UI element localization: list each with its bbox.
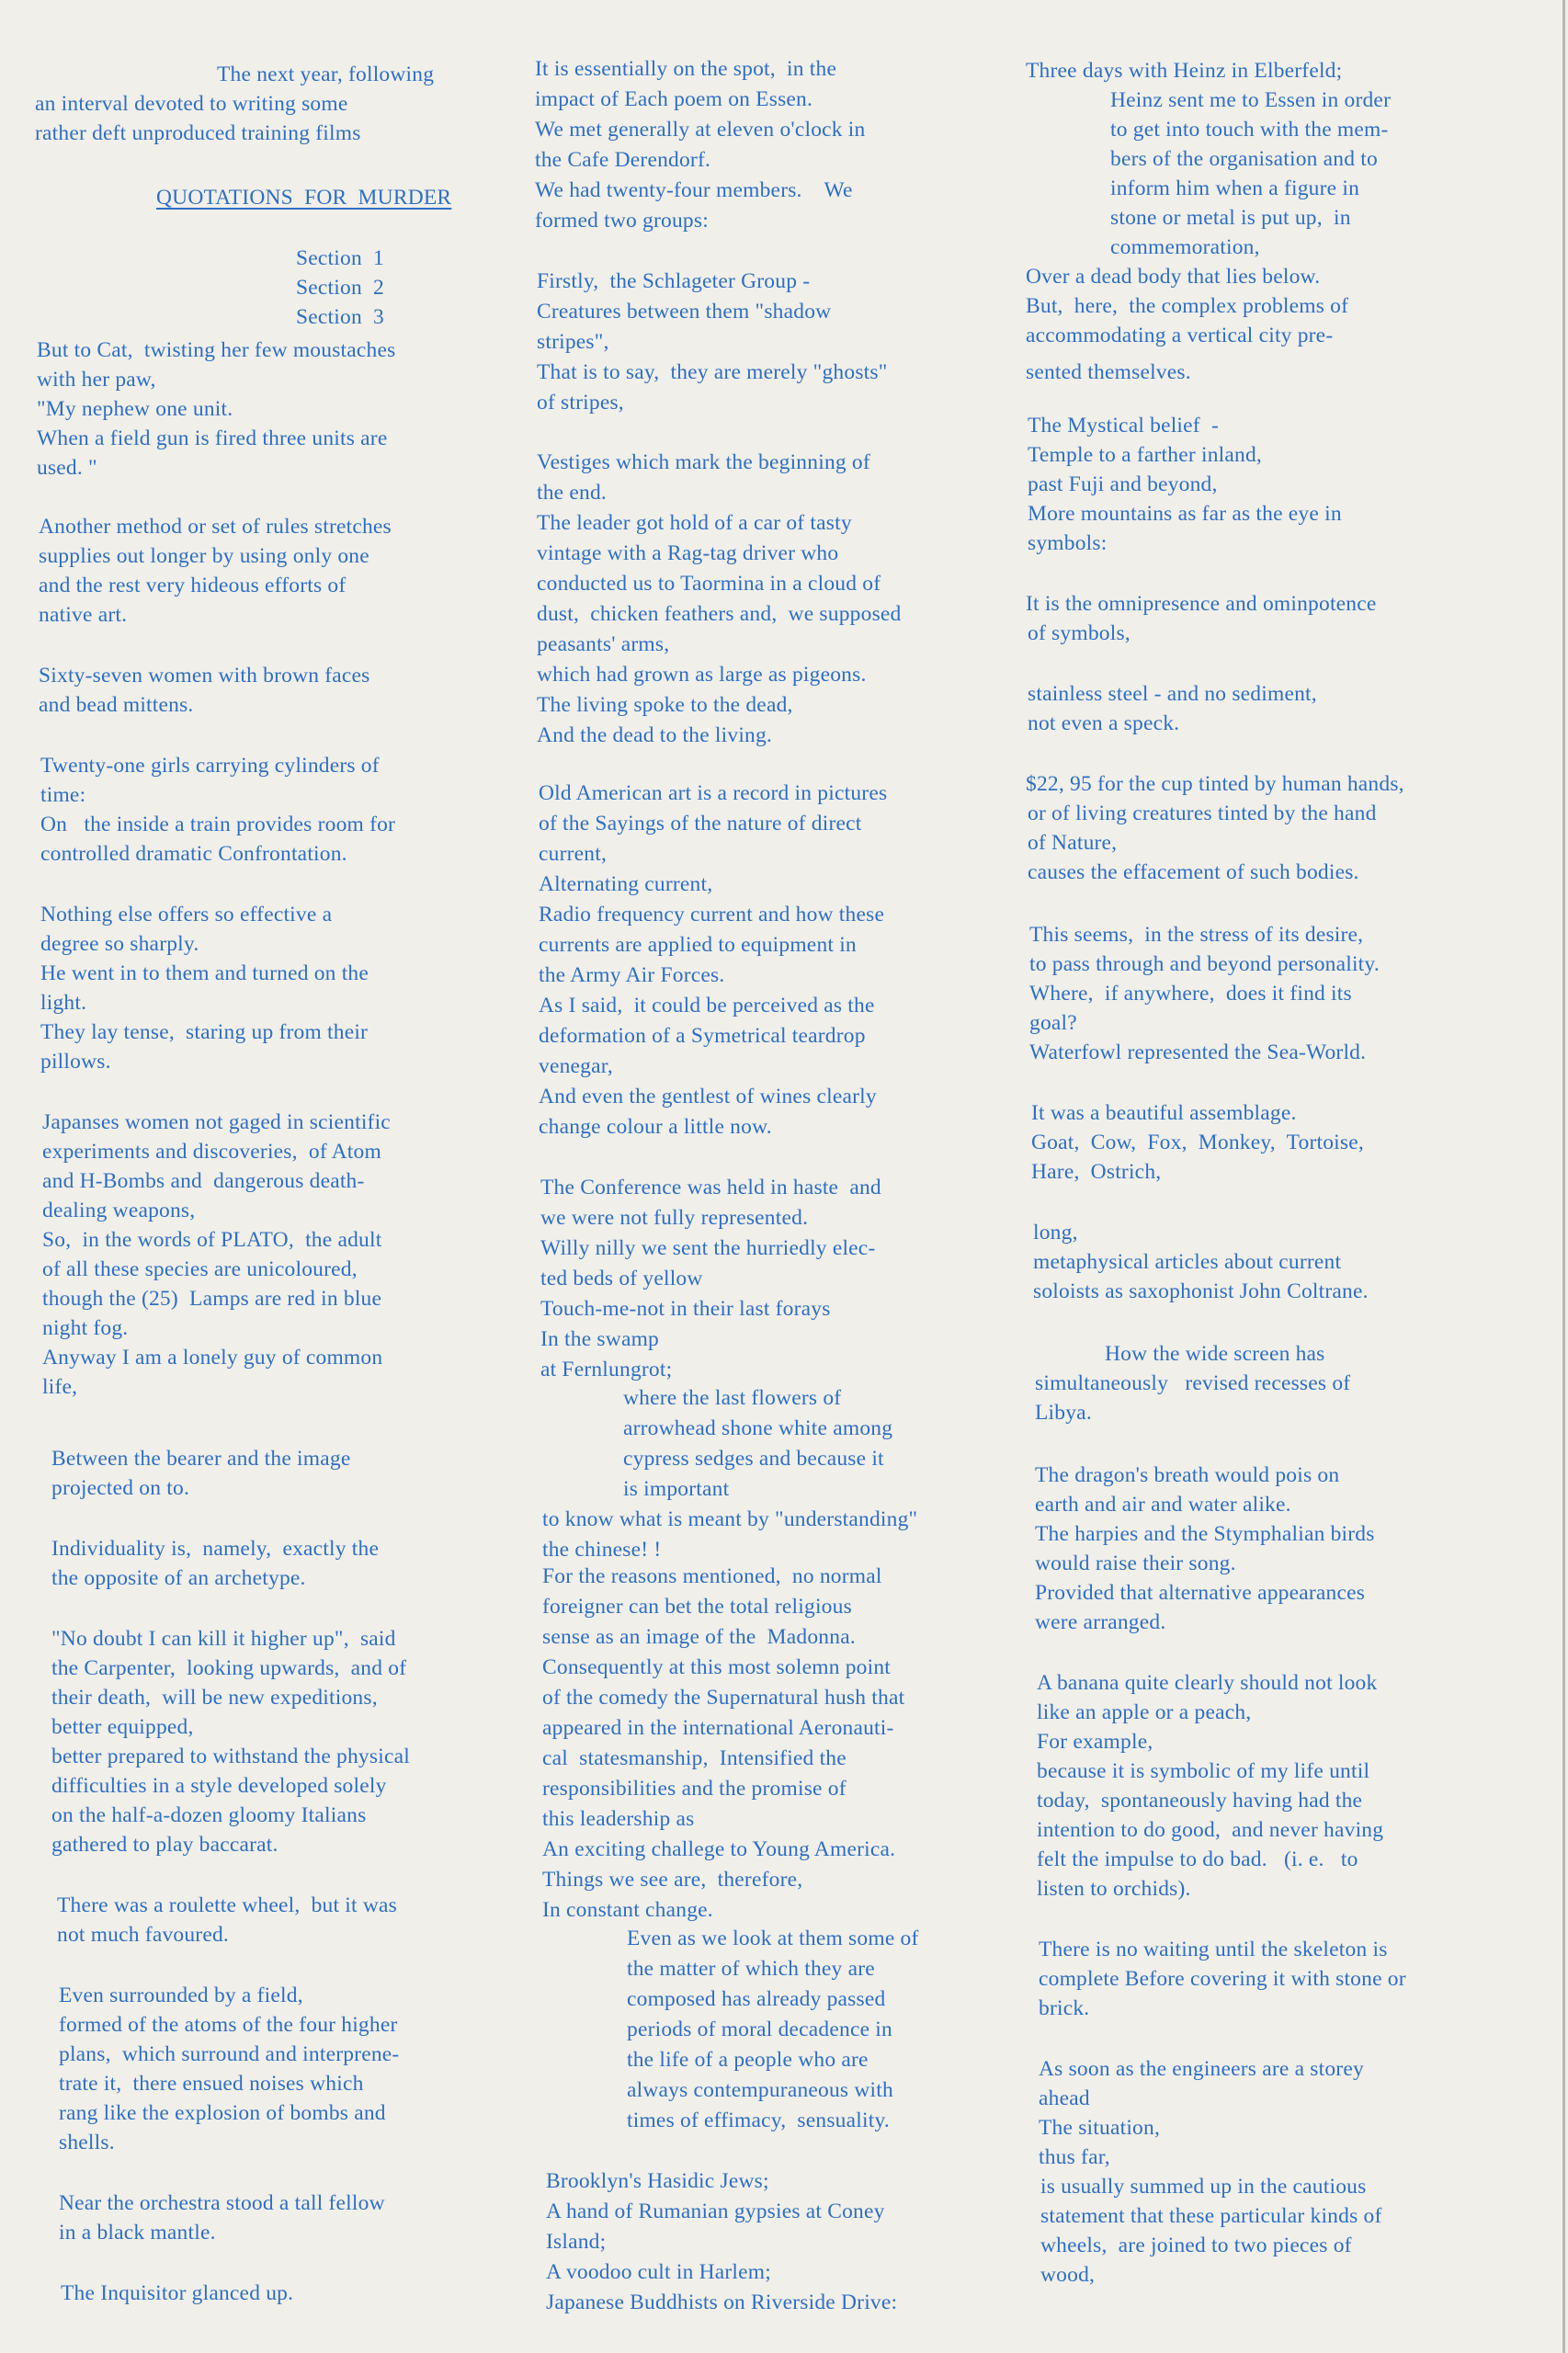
text-line: supplies out longer by using only one bbox=[39, 542, 369, 570]
text-line: A hand of Rumanian gypsies at Coney bbox=[546, 2198, 885, 2225]
text-line: Japanese Buddhists on Riverside Drive: bbox=[546, 2289, 897, 2316]
text-line: where the last flowers of bbox=[623, 1384, 841, 1412]
text-line: earth and air and water alike. bbox=[1035, 1491, 1291, 1518]
text-line: So, in the words of PLATO, the adult bbox=[42, 1226, 381, 1254]
text-line: We had twenty-four members. We bbox=[535, 176, 853, 204]
text-line: Touch-me-not in their last forays bbox=[540, 1295, 831, 1323]
text-line: long, bbox=[1033, 1219, 1078, 1246]
text-line: Section 2 bbox=[296, 274, 384, 301]
text-line: For the reasons mentioned, no normal bbox=[542, 1563, 882, 1590]
text-line: plans, which surround and interprene- bbox=[59, 2040, 399, 2068]
text-line: to pass through and beyond personality. bbox=[1029, 950, 1380, 978]
text-line: of the Sayings of the nature of direct bbox=[539, 810, 862, 837]
text-line: difficulties in a style developed solely bbox=[51, 1772, 387, 1800]
text-line: of stripes, bbox=[537, 389, 624, 416]
text-line: today, spontaneously having had the bbox=[1037, 1787, 1362, 1814]
text-line: the Carpenter, looking upwards, and of bbox=[51, 1654, 406, 1682]
text-line: to know what is meant by "understanding" bbox=[542, 1506, 917, 1533]
text-line: The Conference was held in haste and bbox=[540, 1174, 881, 1201]
text-line: the opposite of an archetype. bbox=[51, 1564, 306, 1592]
text-line: On the inside a train provides room for bbox=[40, 811, 395, 838]
document-page: The next year, followingan interval devo… bbox=[0, 0, 1565, 2353]
text-line: time: bbox=[40, 781, 85, 809]
text-line: Anyway I am a lonely guy of common bbox=[42, 1344, 382, 1371]
text-line: of symbols, bbox=[1028, 620, 1131, 647]
text-line: though the (25) Lamps are red in blue bbox=[42, 1285, 381, 1313]
text-line: The harpies and the Stymphalian birds bbox=[1035, 1520, 1375, 1548]
text-line: The dragon's breath would pois on bbox=[1035, 1461, 1339, 1489]
text-line: accommodating a vertical city pre- bbox=[1026, 322, 1333, 349]
text-line: the life of a people who are bbox=[627, 2046, 869, 2074]
text-line: Three days with Heinz in Elberfeld; bbox=[1026, 57, 1342, 85]
text-line: were arranged. bbox=[1035, 1608, 1165, 1636]
text-line: Near the orchestra stood a tall fellow bbox=[59, 2189, 385, 2217]
text-line: better equipped, bbox=[51, 1713, 194, 1741]
text-line: not even a speck. bbox=[1028, 710, 1179, 737]
text-line: the Cafe Derendorf. bbox=[535, 146, 710, 174]
text-line: The situation, bbox=[1039, 2114, 1160, 2142]
column-left: The next year, followingan interval devo… bbox=[35, 0, 531, 2353]
text-line: pillows. bbox=[40, 1048, 111, 1075]
text-line: Section 3 bbox=[296, 303, 384, 331]
text-line: $22, 95 for the cup tinted by human hand… bbox=[1026, 770, 1404, 798]
text-line: Between the bearer and the image bbox=[51, 1445, 350, 1472]
text-line: causes the effacement of such bodies. bbox=[1028, 858, 1359, 886]
text-line: rang like the explosion of bombs and bbox=[59, 2099, 386, 2127]
text-line: We met generally at eleven o'clock in bbox=[535, 116, 865, 143]
text-line: like an apple or a peach, bbox=[1037, 1699, 1251, 1726]
text-line: And the dead to the living. bbox=[537, 722, 772, 749]
text-line: composed has already passed bbox=[627, 1985, 885, 2013]
text-line: The next year, following bbox=[217, 61, 434, 88]
text-line: trate it, there ensued noises which bbox=[59, 2070, 364, 2097]
text-line: Heinz sent me to Essen in order bbox=[1110, 86, 1391, 114]
text-line: native art. bbox=[39, 601, 127, 629]
text-line: on the half-a-dozen gloomy Italians bbox=[51, 1802, 366, 1829]
text-line: Creatures between them "shadow bbox=[537, 298, 831, 325]
text-line: inform him when a figure in bbox=[1110, 175, 1359, 202]
text-line: brick. bbox=[1039, 1995, 1089, 2022]
text-line: projected on to. bbox=[51, 1474, 189, 1502]
text-line: currents are applied to equipment in bbox=[539, 931, 857, 959]
text-line: Japanses women not gaged in scientific bbox=[42, 1108, 391, 1136]
text-line: The Mystical belief - bbox=[1028, 412, 1219, 439]
text-line: An exciting challege to Young America. bbox=[542, 1836, 895, 1863]
text-line: appeared in the international Aeronauti- bbox=[542, 1714, 894, 1742]
text-line: experiments and discoveries, of Atom bbox=[42, 1138, 381, 1165]
text-line: Even surrounded by a field, bbox=[59, 1982, 303, 2009]
text-line: This seems, in the stress of its desire, bbox=[1029, 921, 1363, 949]
text-line: and bead mittens. bbox=[39, 691, 194, 719]
text-line: the matter of which they are bbox=[627, 1955, 875, 1983]
text-line: Old American art is a record in pictures bbox=[539, 779, 887, 807]
text-line: Willy nilly we sent the hurriedly elec- bbox=[540, 1234, 875, 1262]
text-line: and H-Bombs and dangerous death- bbox=[42, 1167, 365, 1195]
text-line: degree so sharply. bbox=[40, 930, 199, 958]
text-line: venegar, bbox=[539, 1052, 613, 1080]
text-line: light. bbox=[40, 989, 86, 1017]
text-line: change colour a little now. bbox=[539, 1113, 772, 1141]
text-line: Things we see are, therefore, bbox=[542, 1866, 802, 1893]
text-line: And even the gentlest of wines clearly bbox=[539, 1083, 877, 1110]
text-line: Radio frequency current and how these bbox=[539, 901, 884, 928]
text-line: There is no waiting until the skeleton i… bbox=[1039, 1936, 1388, 1963]
text-line: which had grown as large as pigeons. bbox=[537, 661, 867, 688]
text-line: ahead bbox=[1039, 2085, 1090, 2112]
text-line: cypress sedges and because it bbox=[623, 1445, 884, 1472]
text-line: impact of Each poem on Essen. bbox=[535, 85, 812, 113]
text-line: dust, chicken feathers and, we supposed bbox=[537, 600, 902, 628]
text-line: They lay tense, staring up from their bbox=[40, 1018, 368, 1046]
text-line: As soon as the engineers are a storey bbox=[1039, 2055, 1364, 2083]
text-line: When a field gun is fired three units ar… bbox=[37, 425, 387, 452]
text-line: listen to orchids). bbox=[1037, 1875, 1191, 1903]
column-right: Three days with Heinz in Elberfeld;Heinz… bbox=[1026, 0, 1540, 2353]
text-line: gathered to play baccarat. bbox=[51, 1831, 278, 1859]
text-line: formed of the atoms of the four higher bbox=[59, 2011, 397, 2039]
text-line: responsibilities and the promise of bbox=[542, 1775, 846, 1802]
text-line: arrowhead shone white among bbox=[623, 1415, 892, 1442]
text-line: foreigner can bet the total religious bbox=[542, 1593, 852, 1620]
text-line: It was a beautiful assemblage. bbox=[1031, 1099, 1297, 1127]
text-line: intention to do good, and never having bbox=[1037, 1816, 1383, 1844]
text-line: night fog. bbox=[42, 1314, 128, 1342]
text-line: in a black mantle. bbox=[59, 2219, 216, 2246]
text-line: Goat, Cow, Fox, Monkey, Tortoise, bbox=[1031, 1129, 1364, 1156]
text-line: goal? bbox=[1029, 1009, 1077, 1037]
text-line: is important bbox=[623, 1475, 729, 1503]
text-line: ted beds of yellow bbox=[540, 1265, 703, 1292]
text-line: controlled dramatic Confrontation. bbox=[40, 840, 347, 868]
text-line: Provided that alternative appearances bbox=[1035, 1579, 1365, 1607]
text-line: But, here, the complex problems of bbox=[1026, 292, 1348, 320]
text-line: wheels, are joined to two pieces of bbox=[1040, 2232, 1352, 2259]
text-line: life, bbox=[42, 1373, 77, 1401]
text-line: Alternating current, bbox=[539, 870, 712, 898]
text-line: It is the omnipresence and ominpotence bbox=[1026, 590, 1377, 618]
text-line: periods of moral decadence in bbox=[627, 2016, 892, 2043]
text-line: How the wide screen has bbox=[1105, 1340, 1325, 1368]
text-line: Over a dead body that lies below. bbox=[1026, 263, 1320, 290]
text-line: sense as an image of the Madonna. bbox=[542, 1623, 856, 1651]
text-line: better prepared to withstand the physica… bbox=[51, 1743, 410, 1770]
text-line: Hare, Ostrich, bbox=[1031, 1158, 1161, 1186]
text-line: not much favoured. bbox=[57, 1921, 229, 1949]
column-middle: It is essentially on the spot, in theimp… bbox=[535, 0, 1031, 2353]
text-line: bers of the organisation and to bbox=[1110, 145, 1378, 173]
text-line: A voodoo cult in Harlem; bbox=[546, 2258, 771, 2286]
text-line: would raise their song. bbox=[1035, 1550, 1236, 1577]
text-line: Nothing else offers so effective a bbox=[40, 901, 332, 928]
text-line: felt the impulse to do bad. (i. e. to bbox=[1037, 1846, 1358, 1873]
text-line: Consequently at this most solemn point bbox=[542, 1654, 891, 1681]
text-line: But to Cat, twisting her few moustaches bbox=[37, 336, 395, 364]
text-line: Firstly, the Schlageter Group - bbox=[537, 267, 810, 295]
text-line: stripes", bbox=[537, 328, 609, 356]
text-line: peasants' arms, bbox=[537, 631, 669, 658]
text-line: In the swamp bbox=[540, 1325, 659, 1353]
text-line: In constant change. bbox=[542, 1896, 713, 1924]
text-line: and the rest very hideous efforts of bbox=[39, 572, 346, 599]
text-line: stone or metal is put up, in bbox=[1110, 204, 1351, 232]
text-line: Where, if anywhere, does it find its bbox=[1029, 980, 1352, 1007]
text-line: The Inquisitor glanced up. bbox=[61, 2279, 293, 2307]
text-line: simultaneously revised recesses of bbox=[1035, 1370, 1350, 1397]
text-line: dealing weapons, bbox=[42, 1197, 195, 1224]
text-line: commemoration, bbox=[1110, 233, 1260, 261]
text-line: Sixty-seven women with brown faces bbox=[39, 662, 370, 689]
text-line: A banana quite clearly should not look bbox=[1037, 1669, 1377, 1697]
text-line: of all these species are unicoloured, bbox=[42, 1256, 358, 1283]
text-line: Libya. bbox=[1035, 1399, 1092, 1427]
text-line: thus far, bbox=[1039, 2143, 1110, 2171]
text-line: this leadership as bbox=[542, 1805, 694, 1833]
text-line: "No doubt I can kill it higher up", said bbox=[51, 1625, 396, 1653]
text-line: complete Before covering it with stone o… bbox=[1039, 1965, 1406, 1993]
text-line: statement that these particular kinds of bbox=[1040, 2202, 1381, 2230]
text-line: The leader got hold of a car of tasty bbox=[537, 509, 852, 537]
text-line: of the comedy the Supernatural hush that bbox=[542, 1684, 904, 1711]
text-line: Another method or set of rules stretches bbox=[39, 513, 392, 540]
text-line: times of effimacy, sensuality. bbox=[627, 2107, 890, 2134]
document-title: QUOTATIONS FOR MURDER bbox=[156, 184, 451, 211]
text-line: cal statesmanship, Intensified the bbox=[542, 1745, 846, 1772]
text-line: an interval devoted to writing some bbox=[35, 90, 348, 118]
text-line: to get into touch with the mem- bbox=[1110, 116, 1389, 143]
text-line: always contempuraneous with bbox=[627, 2076, 893, 2104]
text-line: Waterfowl represented the Sea-World. bbox=[1029, 1039, 1366, 1066]
text-line: He went in to them and turned on the bbox=[40, 960, 369, 987]
text-line: wood, bbox=[1040, 2261, 1095, 2289]
text-line: deformation of a Symetrical teardrop bbox=[539, 1022, 866, 1050]
text-line: Individuality is, namely, exactly the bbox=[51, 1535, 379, 1563]
text-line: conducted us to Taormina in a cloud of bbox=[537, 570, 881, 597]
text-line: Island; bbox=[546, 2228, 606, 2256]
text-line: "My nephew one unit. bbox=[37, 395, 233, 423]
text-line: stainless steel - and no sediment, bbox=[1028, 680, 1317, 708]
text-line: The living spoke to the dead, bbox=[537, 691, 793, 719]
text-line: formed two groups: bbox=[535, 207, 709, 234]
text-line: sented themselves. bbox=[1026, 358, 1191, 386]
text-line: or of living creatures tinted by the han… bbox=[1028, 800, 1377, 827]
text-line: Vestiges which mark the beginning of bbox=[537, 449, 870, 476]
text-line: It is essentially on the spot, in the bbox=[535, 55, 836, 83]
text-line: current, bbox=[539, 840, 607, 868]
text-line: Twenty-one girls carrying cylinders of bbox=[40, 752, 380, 779]
text-line: soloists as saxophonist John Coltrane. bbox=[1033, 1278, 1369, 1305]
text-line: metaphysical articles about current bbox=[1033, 1248, 1341, 1276]
text-line: at Fernlungrot; bbox=[540, 1356, 672, 1383]
text-line: Even as we look at them some of bbox=[627, 1925, 919, 1952]
text-line: vintage with a Rag-tag driver who bbox=[537, 540, 838, 567]
text-line: their death, will be new expeditions, bbox=[51, 1684, 378, 1711]
text-line: That is to say, they are merely "ghosts" bbox=[537, 358, 888, 386]
text-line: There was a roulette wheel, but it was bbox=[57, 1892, 397, 1919]
text-line: Section 1 bbox=[296, 244, 384, 272]
text-line: used. " bbox=[37, 454, 97, 482]
text-line: shells. bbox=[59, 2129, 115, 2156]
text-line: Brooklyn's Hasidic Jews; bbox=[546, 2167, 769, 2195]
text-line: of Nature, bbox=[1028, 829, 1117, 857]
text-line: past Fuji and beyond, bbox=[1028, 471, 1218, 498]
text-line: For example, bbox=[1037, 1728, 1153, 1756]
text-line: the chinese! ! bbox=[542, 1536, 661, 1563]
text-line: More mountains as far as the eye in bbox=[1028, 500, 1342, 528]
text-line: As I said, it could be perceived as the bbox=[539, 992, 875, 1019]
text-line: the Army Air Forces. bbox=[539, 961, 724, 989]
text-line: we were not fully represented. bbox=[540, 1204, 808, 1232]
text-line: with her paw, bbox=[37, 366, 156, 393]
text-line: is usually summed up in the cautious bbox=[1040, 2173, 1366, 2200]
text-line: Temple to a farther inland, bbox=[1028, 441, 1262, 469]
text-line: the end. bbox=[537, 479, 607, 506]
text-line: rather deft unproduced training films bbox=[35, 119, 361, 147]
text-line: symbols: bbox=[1028, 529, 1107, 557]
text-line: because it is symbolic of my life until bbox=[1037, 1757, 1369, 1785]
